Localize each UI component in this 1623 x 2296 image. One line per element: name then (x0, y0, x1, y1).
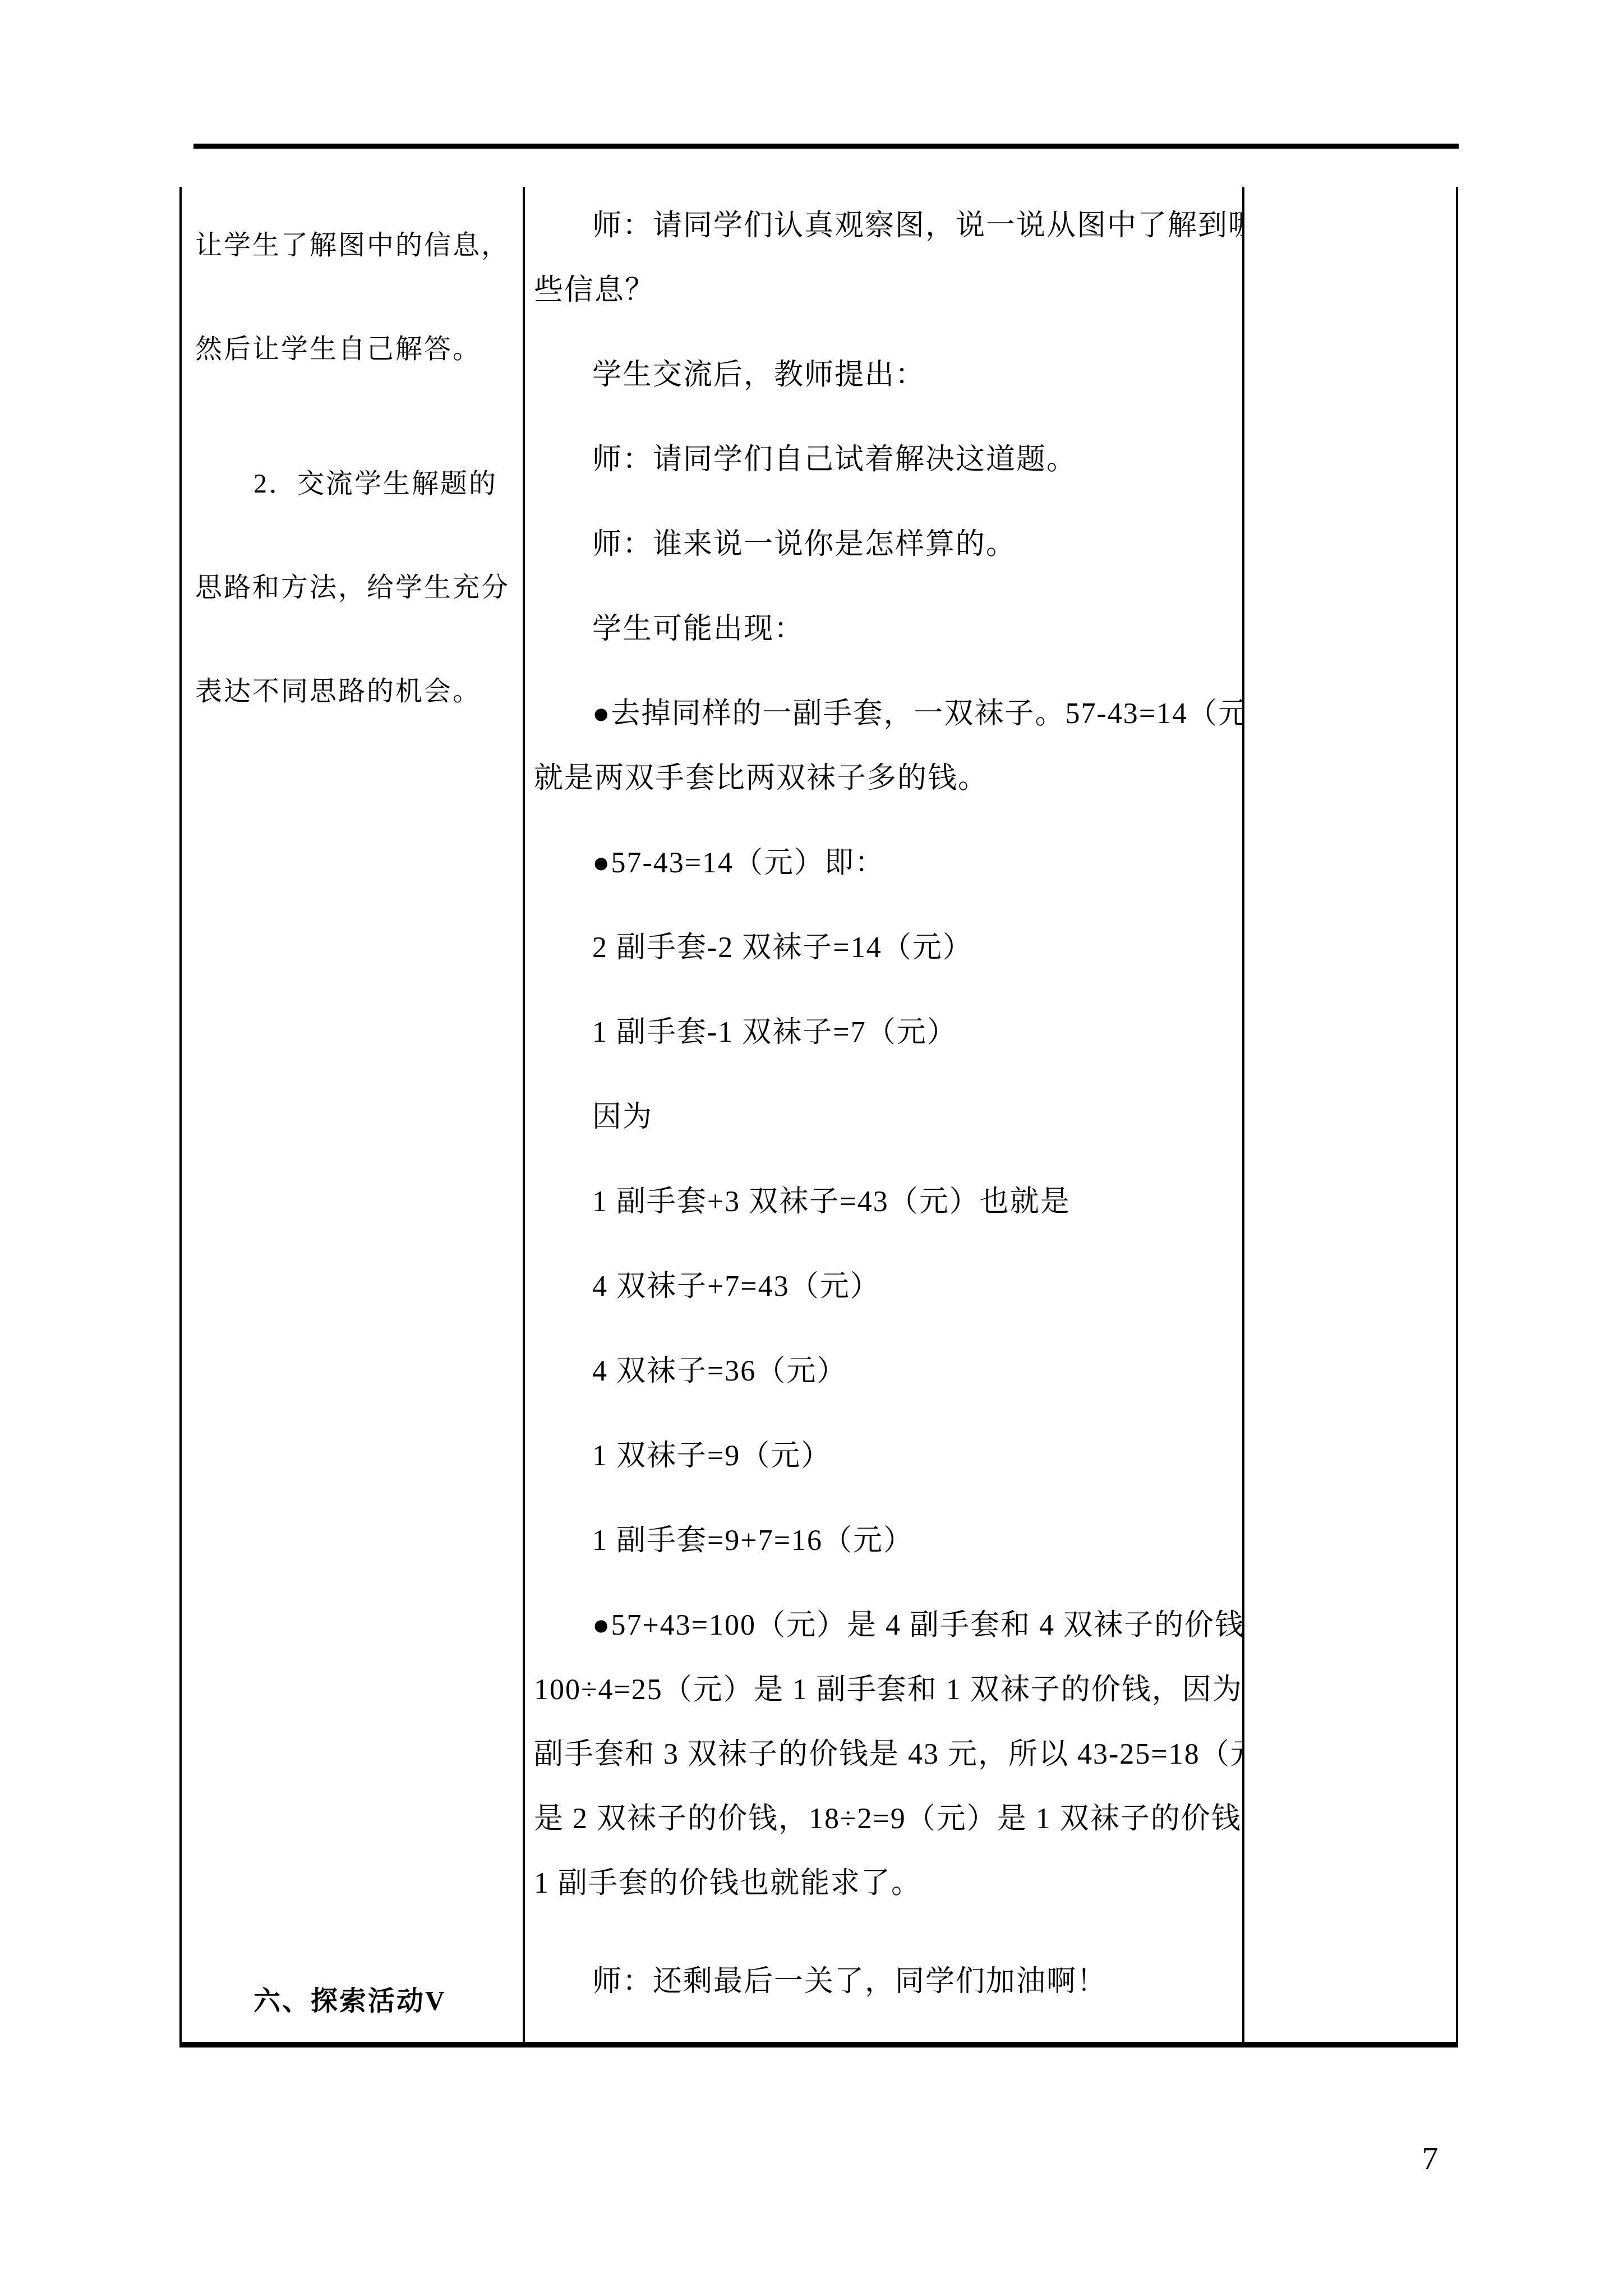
text-line: 1 副手套+3 双袜子=43（元）也就是 (592, 1186, 1071, 1218)
text-line: 就是两双手套比两双袜子多的钱。 (534, 762, 988, 794)
paragraph: 4 双袜子+7=43（元） (534, 1254, 1233, 1319)
table-column-dialogue: 师：请同学们认真观察图，说一说从图中了解到哪些信息？学生交流后，教师提出：师：请… (523, 187, 1242, 2042)
text-line: 1 副手套的价钱也就能求了。 (534, 1867, 921, 1899)
paragraph: 六、探索活动V (195, 1949, 509, 2042)
text-line: 然后让学生自己解答。 (195, 334, 481, 364)
paragraph: ●57+43=100（元）是 4 副手套和 4 双袜子的价钱，100÷4=25（… (534, 1593, 1233, 1916)
text-line: 学生交流后，教师提出： (592, 359, 925, 391)
text-line: 表达不同思路的机会。 (195, 677, 481, 706)
text-line: 学生可能出现： (592, 613, 804, 645)
paragraph: 师：还剩最后一关了，同学们加油啊！ (534, 1949, 1233, 2014)
text-line: 100÷4=25（元）是 1 副手套和 1 双袜子的价钱，因为 1 (534, 1674, 1242, 1706)
paragraph: ●去掉同样的一副手套，一双袜子。57-43=14（元）就是两双手套比两双袜子多的… (534, 682, 1233, 811)
paragraph: 让学生了解图中的信息，然后让学生自己解答。 (195, 194, 509, 401)
text-line: ●57+43=100（元）是 4 副手套和 4 双袜子的价钱， (592, 1609, 1242, 1641)
header-rule (193, 144, 1459, 149)
text-line: 师：请同学们认真观察图，说一说从图中了解到哪 (592, 210, 1242, 242)
paragraph: ●57-43=14（元）即： (534, 831, 1233, 895)
paragraph: 师：请同学们认真观察图，说一说从图中了解到哪些信息？ (534, 194, 1233, 323)
paragraph: 4 双袜子=36（元） (534, 1339, 1233, 1404)
text-line: ●去掉同样的一副手套，一双袜子。57-43=14（元） (592, 698, 1242, 730)
text-line: 师：请同学们自己试着解决这道题。 (592, 444, 1077, 476)
text-line: 让学生了解图中的信息， (195, 231, 510, 260)
paragraph: 1 副手套+3 双袜子=43（元）也就是 (534, 1170, 1233, 1234)
text-line: 些信息？ (534, 274, 655, 306)
paragraph: 2．交流学生解题的思路和方法，给学生充分表达不同思路的机会。 (195, 432, 509, 743)
text-line: 是 2 双袜子的价钱，18÷2=9（元）是 1 双袜子的价钱， (534, 1803, 1242, 1835)
text-line: 1 副手套=9+7=16（元） (592, 1525, 914, 1557)
text-line: 2 副手套-2 双袜子=14（元） (592, 932, 973, 964)
text-line: 2．交流学生解题的 (253, 469, 497, 499)
text-line: 师：谁来说一说你是怎样算的。 (592, 528, 1016, 560)
lesson-plan-table: 让学生了解图中的信息，然后让学生自己解答。2．交流学生解题的思路和方法，给学生充… (179, 187, 1458, 2047)
text-line: 因为 (592, 1101, 653, 1133)
text-line: 副手套和 3 双袜子的价钱是 43 元，所以 43-25=18（元） (534, 1738, 1242, 1770)
paragraph: 学生交流后，教师提出： (534, 343, 1233, 407)
text-line: 4 双袜子+7=43（元） (592, 1271, 880, 1303)
paragraph: 因为 (534, 1085, 1233, 1149)
text-line: 4 双袜子=36（元） (592, 1355, 847, 1387)
text-line: 思路和方法，给学生充分 (195, 573, 510, 602)
text-line: 1 副手套-1 双袜子=7（元） (592, 1016, 957, 1048)
text-line: 1 双袜子=9（元） (592, 1440, 831, 1472)
paragraph: 1 副手套-1 双袜子=7（元） (534, 1000, 1233, 1065)
paragraph: 学生可能出现： (534, 597, 1233, 661)
paragraph: 师：请同学们自己试着解决这道题。 (534, 427, 1233, 492)
page-number: 7 (1405, 2131, 1455, 2187)
paragraph: 2 副手套-2 双袜子=14（元） (534, 915, 1233, 980)
table-column-teacher-notes: 让学生了解图中的信息，然后让学生自己解答。2．交流学生解题的思路和方法，给学生充… (182, 187, 523, 2042)
text-line: 六、探索活动V (253, 1986, 446, 2016)
text-line: ●57-43=14（元）即： (592, 847, 885, 879)
paragraph: 师：谁来说一说你是怎样算的。 (534, 512, 1233, 577)
document-page: 让学生了解图中的信息，然后让学生自己解答。2．交流学生解题的思路和方法，给学生充… (0, 0, 1623, 2296)
paragraph: 1 双袜子=9（元） (534, 1424, 1233, 1488)
text-line: 师：还剩最后一关了，同学们加油啊！ (592, 1966, 1107, 1998)
paragraph: 1 副手套=9+7=16（元） (534, 1508, 1233, 1573)
table-column-empty (1242, 187, 1456, 2042)
